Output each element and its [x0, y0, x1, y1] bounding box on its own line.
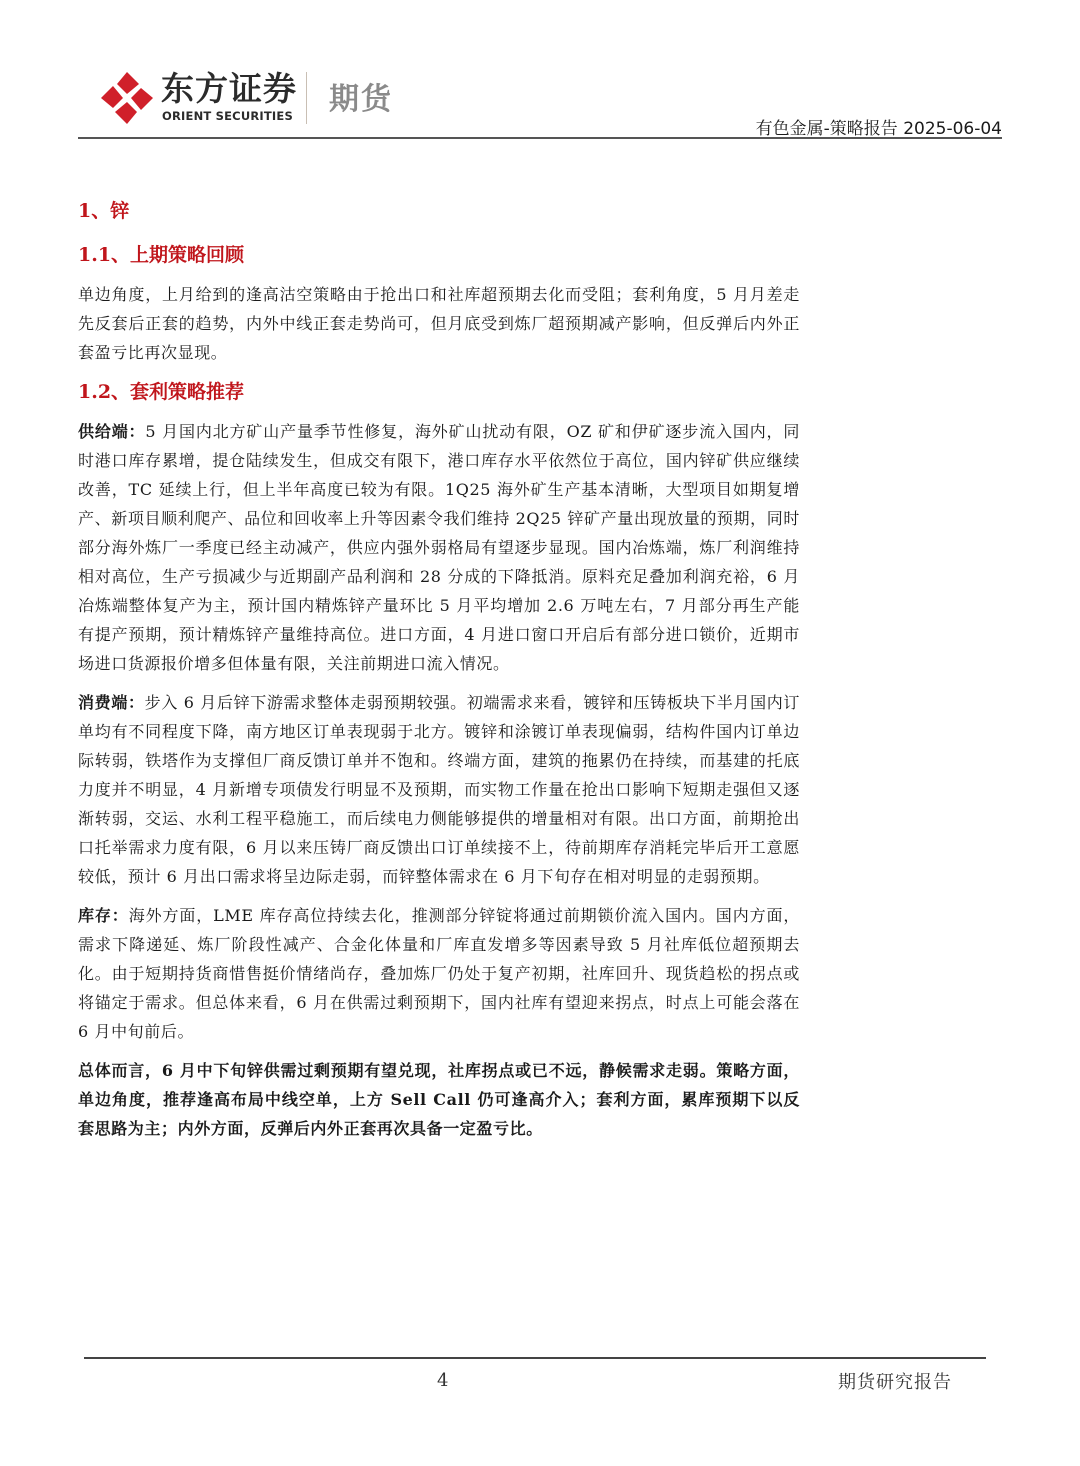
orient-securities-logo-icon: [99, 70, 155, 126]
report-meta: 有色金属-策略报告 2025-06-04: [756, 114, 1002, 139]
page-number: 4: [437, 1370, 448, 1391]
subsection-title-recommendation: 1.2、套利策略推荐: [78, 377, 800, 407]
subsection-title-review: 1.1、上期策略回顾: [78, 240, 800, 270]
page-header: 东方证券 ORIENT SECURITIES 期货 有色金属-策略报告 2025…: [0, 0, 1080, 140]
demand-text: 步入 6 月后锌下游需求整体走弱预期较强。初端需求来看，镀锌和压铸板块下半月国内…: [78, 693, 800, 886]
supply-text: 5 月国内北方矿山产量季节性修复，海外矿山扰动有限，OZ 矿和伊矿逐步流入国内，…: [78, 422, 800, 673]
demand-lead: 消费端：: [78, 693, 145, 712]
section-title: 1、锌: [78, 196, 800, 226]
inventory-lead: 库存：: [78, 906, 129, 925]
header-divider: [78, 137, 1002, 139]
logo-divider: [306, 72, 307, 124]
inventory-paragraph: 库存：海外方面，LME 库存高位持续去化，推测部分锌锭将通过前期锁价流入国内。国…: [78, 901, 800, 1046]
brand-division: 期货: [329, 74, 393, 118]
summary-paragraph: 总体而言，6 月中下旬锌供需过剩预期有望兑现，社库拐点或已不远，静候需求走弱。策…: [78, 1056, 800, 1143]
brand-name-cn: 东方证券: [161, 70, 297, 108]
supply-lead: 供给端：: [78, 422, 145, 441]
footer-divider: [84, 1357, 986, 1359]
review-paragraph: 单边角度，上月给到的逢高沽空策略由于抢出口和社库超预期去化而受阻；套利角度，5 …: [78, 280, 800, 367]
supply-paragraph: 供给端：5 月国内北方矿山产量季节性修复，海外矿山扰动有限，OZ 矿和伊矿逐步流…: [78, 417, 800, 678]
brand-name-en: ORIENT SECURITIES: [162, 109, 293, 123]
inventory-text: 海外方面，LME 库存高位持续去化，推测部分锌锭将通过前期锁价流入国内。国内方面…: [78, 906, 800, 1041]
report-body: 1、锌 1.1、上期策略回顾 单边角度，上月给到的逢高沽空策略由于抢出口和社库超…: [78, 196, 800, 1153]
footer-label: 期货研究报告: [838, 1368, 952, 1394]
demand-paragraph: 消费端：步入 6 月后锌下游需求整体走弱预期较强。初端需求来看，镀锌和压铸板块下…: [78, 688, 800, 891]
